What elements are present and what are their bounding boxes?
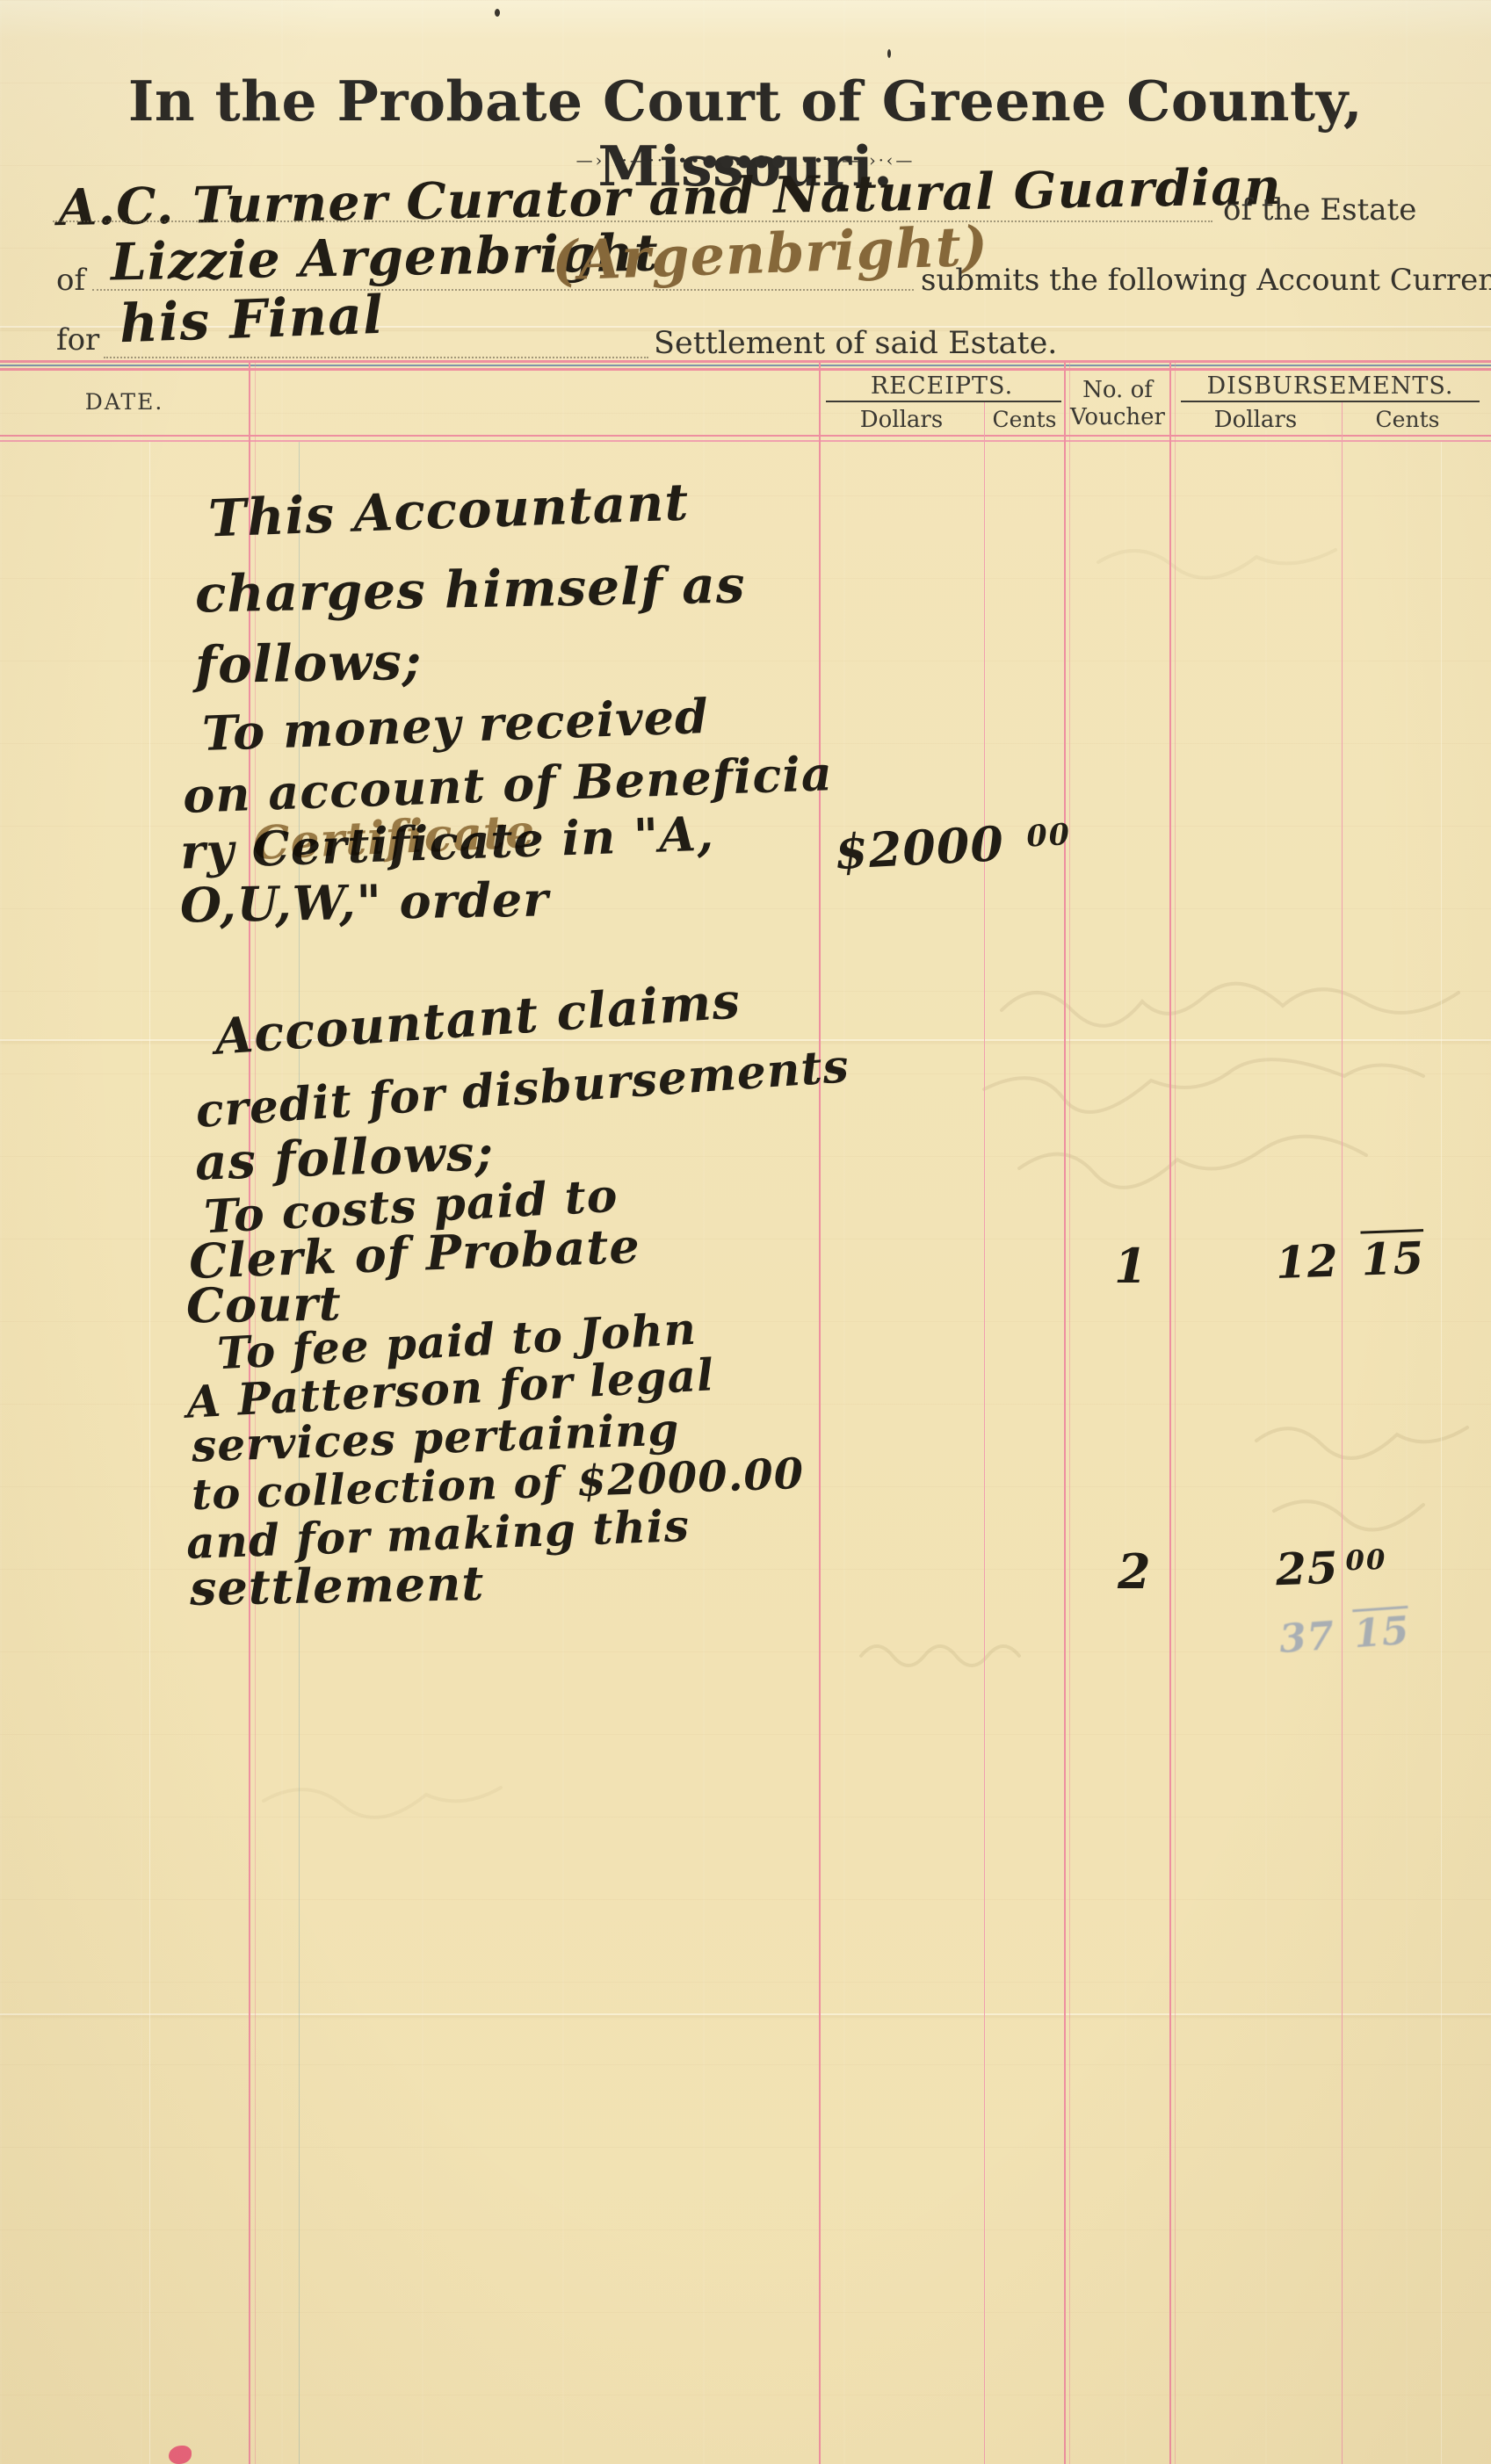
pencil-total-dollars: 37 [1277, 1614, 1336, 1662]
disbursements-column-header: DISBURSEMENTS. [1169, 372, 1491, 400]
header-bottom-rule [0, 440, 1491, 442]
receipt-amount: $200000 [834, 816, 1073, 876]
disbursement-amount-dollars: 12 [1275, 1234, 1340, 1288]
table-top-rule [0, 360, 1491, 363]
entry-line: This Accountant [207, 476, 690, 544]
voucher-column-header-line1: No. of [1064, 378, 1171, 404]
disbursement-amount-dollars: 25 [1275, 1542, 1340, 1595]
disbursements-cents-header: Cents [1342, 408, 1473, 433]
disbursement-amount-cents: 15 [1361, 1232, 1426, 1285]
voucher-column-rule [1064, 360, 1066, 2464]
receipts-column-rule [819, 360, 821, 2464]
dotted-rule [104, 357, 648, 358]
table-top-rule [0, 368, 1491, 371]
entry-line: charges himself as [195, 560, 746, 620]
entry-line: Accountant claims [214, 976, 742, 1062]
pale-scan-line [1441, 442, 1442, 2464]
voucher-column-rule [1069, 360, 1070, 2464]
intro-line2-printed: submits the following Account Current [921, 265, 1491, 295]
header-bottom-rule [0, 435, 1491, 437]
disbursements-column-rule [1175, 360, 1176, 2464]
disbursement-amount-cents: 00 [1345, 1547, 1387, 1576]
fold-crease [0, 2013, 1491, 2015]
receipts-span-rule [826, 401, 1061, 402]
voucher-number: 1 [1114, 1242, 1148, 1290]
receipt-amount-dollars: $2000 [834, 815, 1006, 880]
entry-line: settlement [190, 1559, 485, 1612]
intro-line3-handwritten: his Final [119, 289, 385, 350]
disbursements-span-rule [1181, 401, 1480, 402]
ink-speck [495, 9, 500, 17]
intro-line2-prefix: of [56, 265, 85, 295]
red-ink-blot [169, 2446, 192, 2464]
date-column-header: DATE. [0, 390, 249, 415]
voucher-column-header-line2: Voucher [1064, 405, 1171, 431]
receipts-dollars-header: Dollars [819, 408, 984, 434]
probate-account-document: In the Probate Court of Greene County, M… [0, 0, 1491, 2464]
intro-line3-printed: Settlement of said Estate. [654, 329, 1057, 359]
disbursement-amount: 1215 [1275, 1236, 1425, 1285]
receipts-cents-header: Cents [984, 408, 1065, 433]
voucher-number: 2 [1118, 1548, 1152, 1595]
entry-line: O,U,W," order [180, 875, 549, 929]
entry-line: follows; [195, 636, 423, 691]
pencil-total: 3715 [1278, 1612, 1411, 1659]
pale-scan-line [149, 442, 150, 2464]
dotted-rule [53, 220, 1212, 222]
receipts-cents-rule [984, 401, 985, 2464]
receipts-column-header: RECEIPTS. [819, 372, 1065, 400]
intro-line3-prefix: for [56, 325, 99, 355]
disbursement-amount: 2500 [1275, 1544, 1387, 1592]
ink-speck [887, 49, 891, 58]
intro-line1-printed: of the Estate [1223, 195, 1416, 225]
disbursements-column-rule [1169, 360, 1171, 2464]
sepia-overwrite: Certificate [252, 809, 536, 867]
table-top-rule-blue [0, 365, 1491, 366]
entry-line: To money received [201, 692, 709, 757]
disbursements-cents-rule [1342, 401, 1343, 2464]
pencil-total-cents: 15 [1352, 1608, 1411, 1657]
disbursements-dollars-header: Dollars [1169, 408, 1342, 434]
receipt-amount-cents: 00 [1026, 820, 1072, 851]
